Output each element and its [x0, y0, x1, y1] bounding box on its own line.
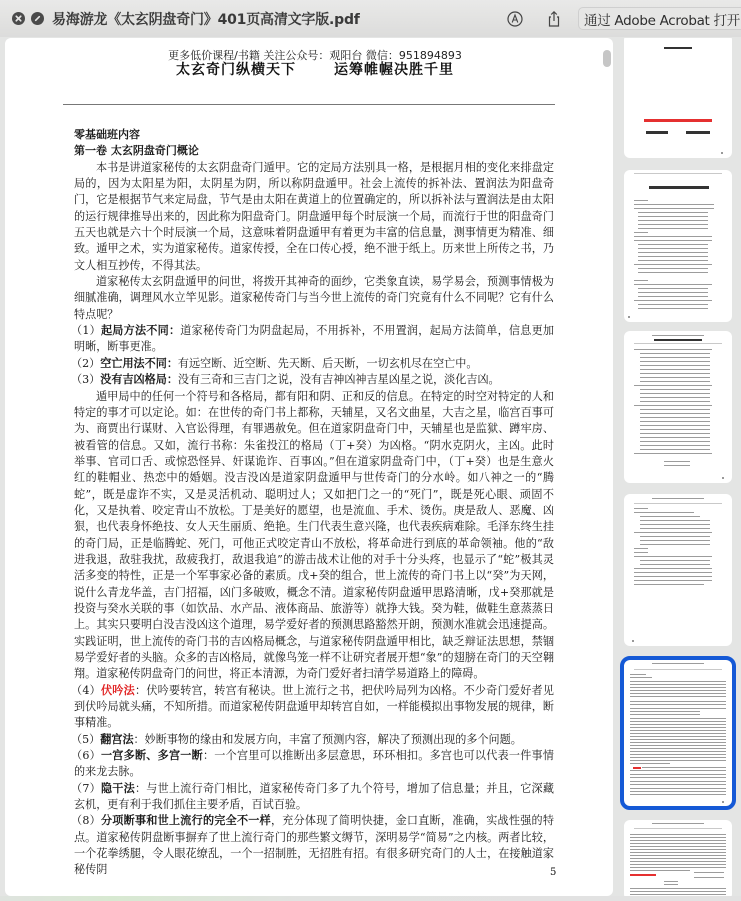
close-icon	[14, 14, 23, 23]
thumbnail-page-3[interactable]	[624, 331, 732, 483]
page-header-slogan: 太玄奇门纵横天下运筹帷幄决胜千里	[5, 59, 613, 79]
close-button[interactable]	[12, 12, 25, 25]
page-scrollbar-thumb[interactable]	[603, 50, 611, 67]
list-item: （7）隐干法：与世上流行奇门相比，道家秘传奇门多了九个符号，增加了信息量；并且，…	[74, 781, 554, 814]
slogan-left: 太玄奇门纵横天下	[176, 62, 296, 78]
list-item: （3）没有吉凶格局：没有三奇和三吉门之说，没有吉神凶神吉星凶星之说，淡化吉凶。	[74, 372, 554, 388]
list-item: （4）伏吟法：伏吟要转宫，转宫有秘诀。世上流行之书，把伏吟局列为凶格。不少奇门爱…	[74, 683, 554, 732]
slogan-right: 运筹帷幄决胜千里	[334, 62, 454, 78]
list-item: （5）翻宫法：妙断事物的缘由和发展方向，丰富了预测内容，解决了预测出现的多个问题…	[74, 732, 554, 748]
markup-button[interactable]	[505, 9, 525, 29]
share-icon	[546, 10, 562, 28]
share-button[interactable]	[544, 9, 564, 29]
page-number: 5	[550, 867, 556, 878]
list-item: （2）空亡用法不同：有远空断、近空断、先天断、后天断，一切玄机尽在空亡中。	[74, 356, 554, 372]
pdf-page-view[interactable]: 更多低价课程/书籍 关注公众号：观阳台 微信：951894893 太玄奇门纵横天…	[5, 38, 613, 896]
minimize-icon	[33, 14, 42, 23]
thumbnail-page-1[interactable]	[624, 38, 732, 158]
list-item: （1）起局方法不同：道家秘传奇门为阴盘起局，不用拆补，不用置润，起局方法简单，信…	[74, 323, 554, 356]
open-in-acrobat-button[interactable]: 通过 Adobe Acrobat 打开	[578, 7, 741, 30]
thumbnail-page-2[interactable]	[624, 170, 732, 322]
list-item: （6）一宫多断、多宫一断：一个宫里可以推断出多层意思，环环相扣。多宫也可以代表一…	[74, 748, 554, 781]
chapter-title: 第一卷 太玄阴盘奇门概论	[74, 143, 554, 159]
highlighted-term: 伏吟法	[101, 684, 135, 697]
page-body: 零基础班内容 第一卷 太玄阴盘奇门概论 本书是讲道家秘传的太玄阴盘奇门遁甲。它的…	[74, 127, 554, 879]
document-title: 易海游龙《太玄阴盘奇门》401页高清文字版.pdf	[52, 9, 360, 29]
paragraph: 本书是讲道家秘传的太玄阴盘奇门遁甲。它的定局方法别具一格，是根据月相的变化来排盘…	[74, 160, 554, 274]
thumbnail-page-4[interactable]	[624, 494, 732, 646]
list-item: （8）分项断事和世上流行的完全不一样，充分体现了简明快捷，金口直断，准确，实战性…	[74, 813, 554, 878]
window-bottom-edge	[0, 896, 741, 901]
minimize-button[interactable]	[31, 12, 44, 25]
window-titlebar: 易海游龙《太玄阴盘奇门》401页高清文字版.pdf 通过 Adobe Acrob…	[0, 0, 741, 37]
paragraph: 道家秘传太玄阴盘遁甲的问世，将拨开其神奇的面纱，它类象直读，易学易会，预测事情极…	[74, 274, 554, 323]
markup-icon	[506, 10, 524, 28]
header-divider	[63, 104, 555, 105]
paragraph: 遁甲局中的任何一个符号和各格局，都有阳和阴、正和反的信息。在特定的时空对特定的人…	[74, 389, 554, 683]
section-title: 零基础班内容	[74, 127, 554, 143]
thumbnail-page-5-selected[interactable]	[624, 660, 732, 806]
thumbnail-page-6[interactable]	[624, 820, 732, 896]
thumbnail-sidebar[interactable]	[615, 38, 741, 896]
